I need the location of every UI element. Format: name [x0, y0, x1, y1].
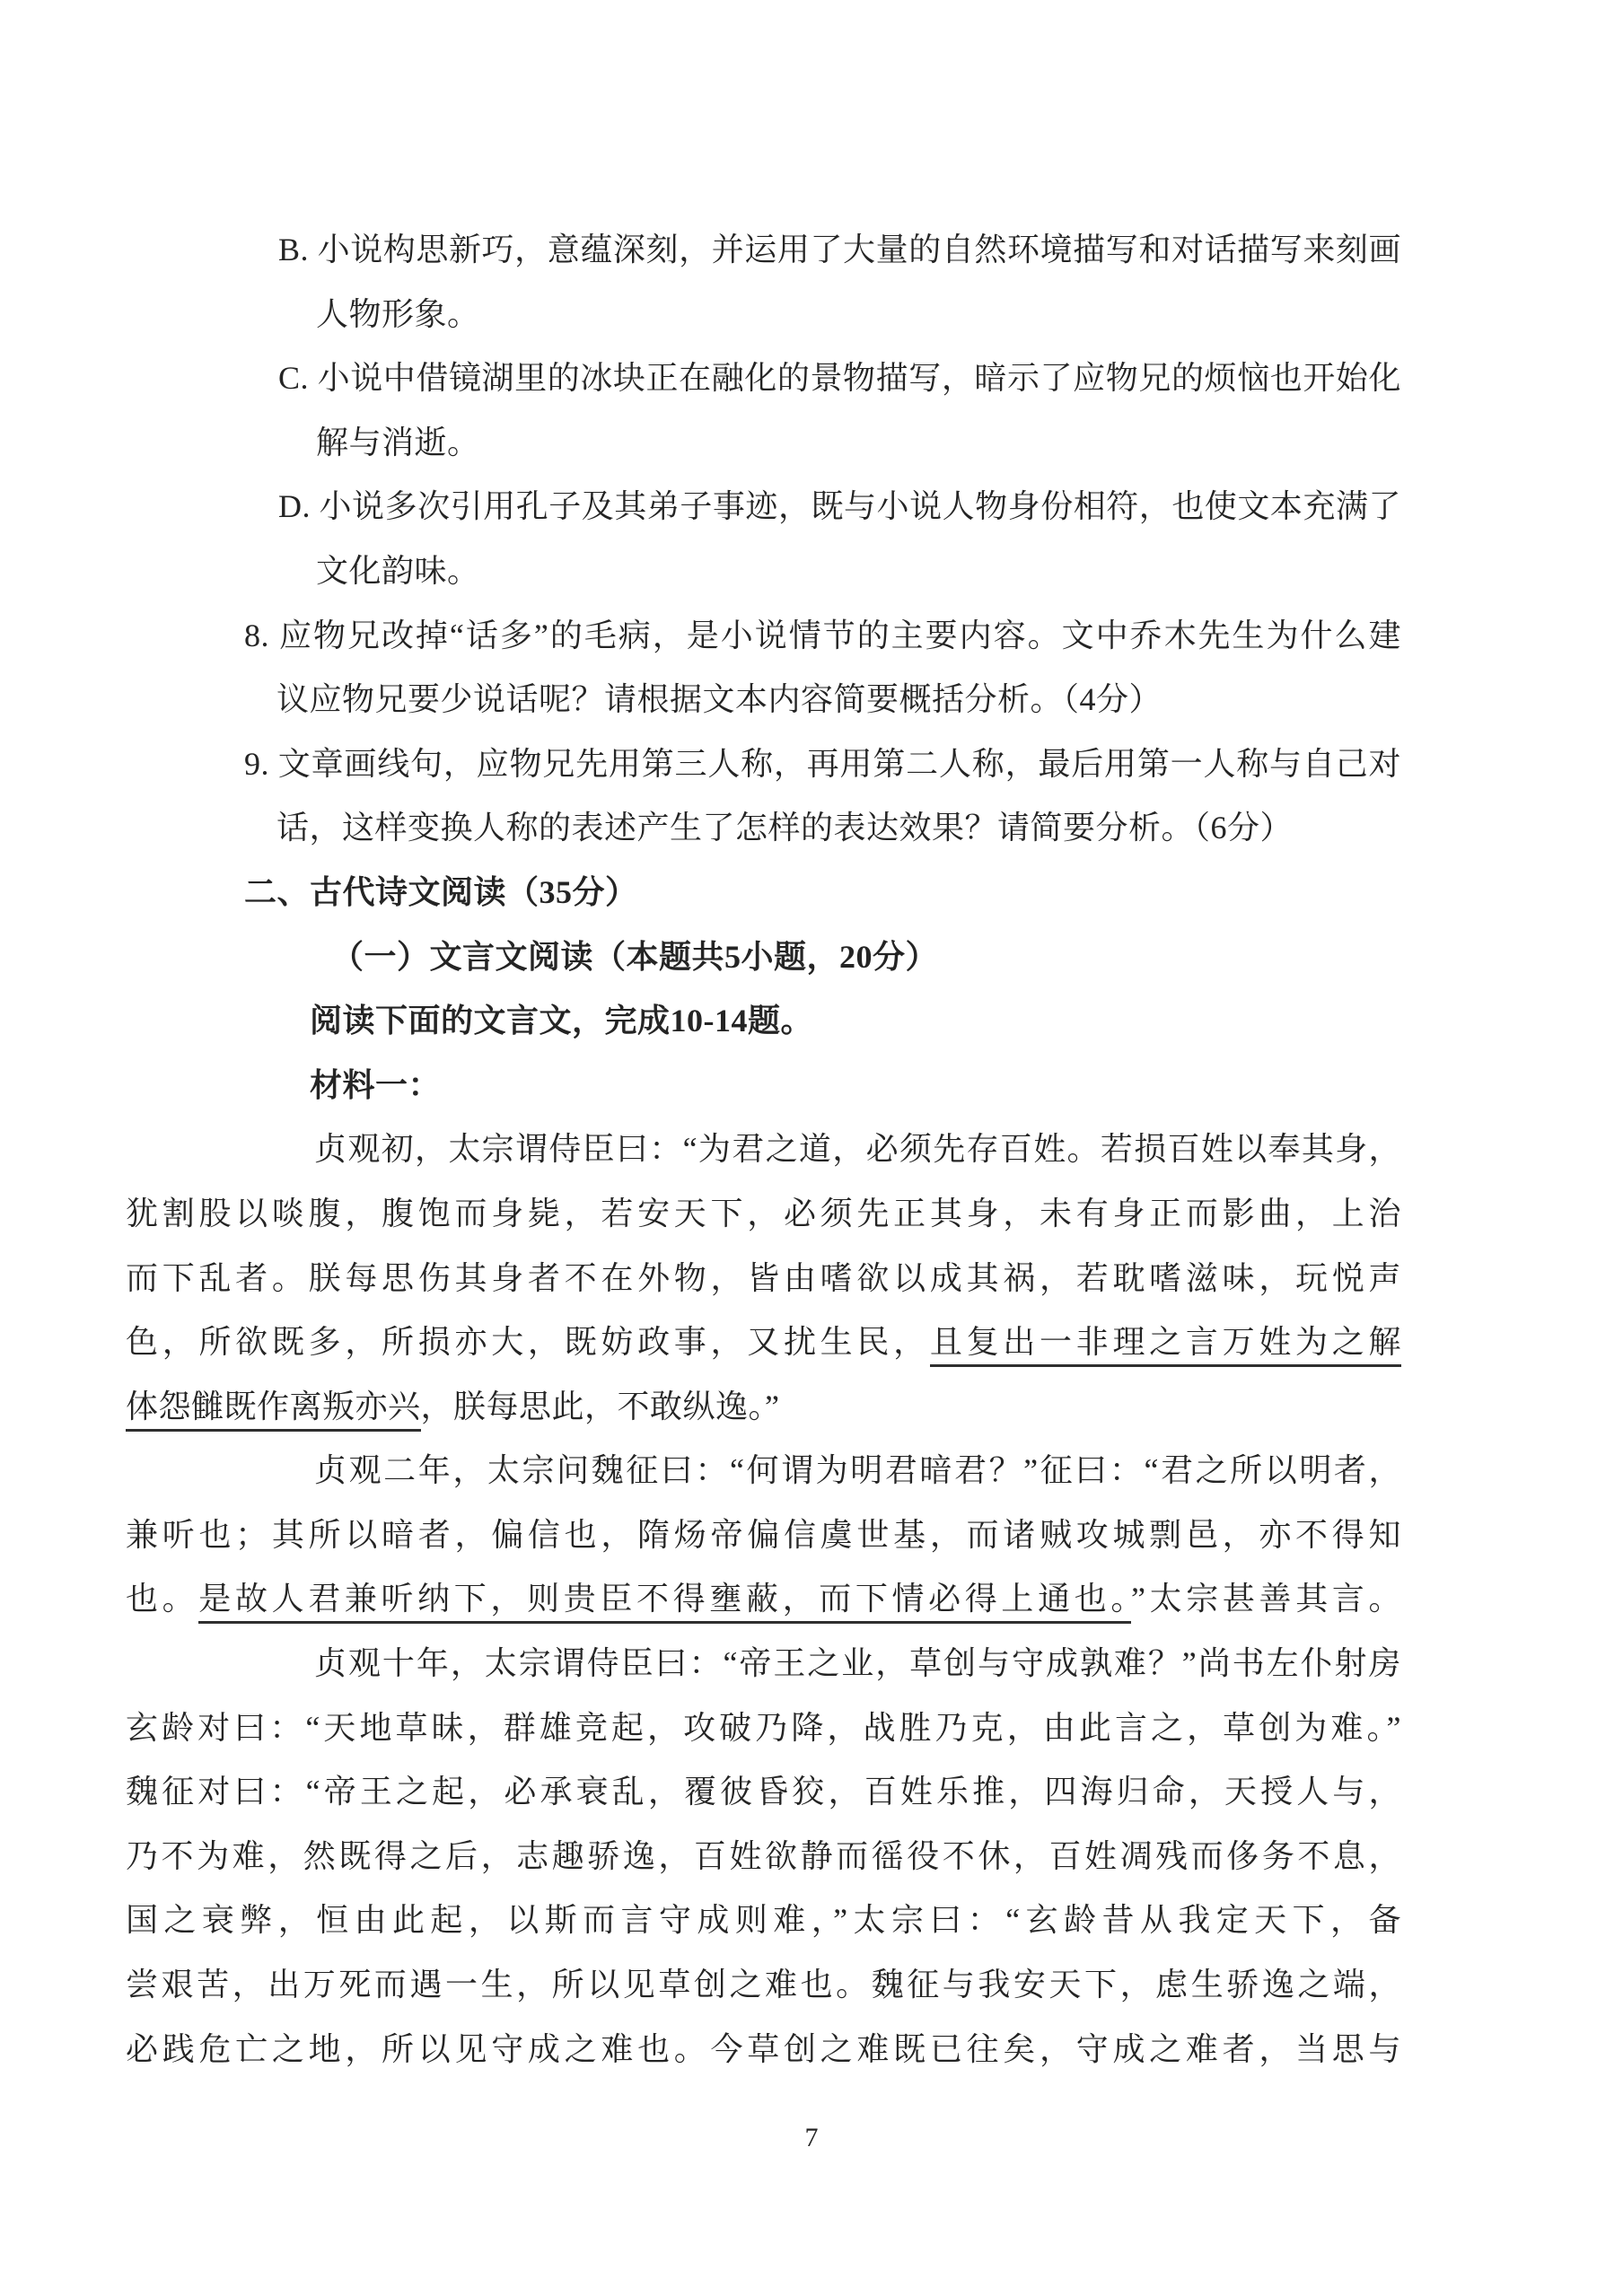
- text-segment: 必践危亡之地，所以见守成之难也。今草创之难既已往矣，守成之难者，当思与: [126, 2031, 1401, 2067]
- subsection-heading: （一）文言文阅读（本题共5小题，20分）: [126, 925, 1401, 990]
- option-b-line-2: 人物形象。: [126, 283, 1401, 347]
- text-segment: C. 小说中借镜湖里的冰块正在融化的景物描写，暗示了应物兄的烦恼也开始化: [278, 360, 1401, 396]
- text-segment: 贞观十年，太宗谓侍臣曰：“帝王之业，草创与守成孰难？”尚书左仆射房: [314, 1645, 1401, 1681]
- text-segment: 而下乱者。朕每思伤其身者不在外物，皆由嗜欲以成其祸，若耽嗜滋味，玩悦声: [126, 1260, 1401, 1296]
- document-page: B. 小说构思新巧，意蕴深刻，并运用了大量的自然环境描写和对话描写来刻画人物形象…: [0, 0, 1623, 2296]
- question-9-line-2: 话，这样变换人称的表述产生了怎样的表达效果？请简要分析。（6分）: [126, 796, 1401, 861]
- text-segment: 兼听也；其所以暗者，偏信也，隋炀帝偏信虞世基，而诸贼攻城剽邑，亦不得知: [126, 1517, 1401, 1553]
- passage-2-line-3: 也。是故人君兼听纳下，则贵臣不得壅蔽，而下情必得上通也。”太宗甚善其言。: [126, 1567, 1401, 1632]
- text-segment: 犹割股以啖腹，腹饱而身毙，若安天下，必须先正其身，未有身正而影曲，上治: [126, 1196, 1401, 1231]
- passage-1-line-2: 犹割股以啖腹，腹饱而身毙，若安天下，必须先正其身，未有身正而影曲，上治: [126, 1182, 1401, 1247]
- text-segment: （一）文言文阅读（本题共5小题，20分）: [331, 939, 938, 975]
- passage-2-line-2: 兼听也；其所以暗者，偏信也，隋炀帝偏信虞世基，而诸贼攻城剽邑，亦不得知: [126, 1503, 1401, 1568]
- text-segment: 解与消逝。: [316, 425, 480, 460]
- text-segment: 阅读下面的文言文，完成10-14题。: [310, 1003, 813, 1038]
- text-segment: D. 小说多次引用孔子及其弟子事迹，既与小说人物身份相符，也使文本充满了: [278, 488, 1401, 524]
- text-segment: 9. 文章画线句，应物兄先用第三人称，再用第二人称，最后用第一人称与自己对: [244, 746, 1401, 782]
- passage-3-line-4: 乃不为难，然既得之后，志趣骄逸，百姓欲静而徭役不休，百姓凋残而侈务不息，: [126, 1825, 1401, 1889]
- text-segment: 也。: [126, 1581, 198, 1617]
- passage-1-line-5: 体怨雠既作离叛亦兴，朕每思此，不敢纵逸。”: [126, 1375, 1401, 1440]
- text-segment: 8. 应物兄改掉“话多”的毛病，是小说情节的主要内容。文中乔木先生为什么建: [244, 618, 1401, 653]
- text-segment: 话，这样变换人称的表述产生了怎样的表达效果？请简要分析。（6分）: [276, 810, 1293, 846]
- underlined-segment: 是故人君兼听纳下，则贵臣不得壅蔽，而下情必得上通也。: [198, 1581, 1131, 1624]
- passage-1-line-1: 贞观初，太宗谓侍臣曰：“为君之道，必须先存百姓。若损百姓以奉其身，: [126, 1117, 1401, 1182]
- text-segment: 魏征对曰：“帝王之起，必承衰乱，覆彼昏狡，百姓乐推，四海归命，天授人与，: [126, 1774, 1401, 1810]
- underlined-segment: 体怨雠既作离叛亦兴: [126, 1389, 421, 1432]
- text-segment: 贞观二年，太宗问魏征曰：“何谓为明君暗君？”征曰：“君之所以明者，: [314, 1452, 1401, 1488]
- question-9-line-1: 9. 文章画线句，应物兄先用第三人称，再用第二人称，最后用第一人称与自己对: [126, 732, 1401, 797]
- passage-2-line-1: 贞观二年，太宗问魏征曰：“何谓为明君暗君？”征曰：“君之所以明者，: [126, 1439, 1401, 1503]
- option-b-line-1: B. 小说构思新巧，意蕴深刻，并运用了大量的自然环境描写和对话描写来刻画: [126, 218, 1401, 283]
- passage-3-line-7: 必践危亡之地，所以见守成之难也。今草创之难既已往矣，守成之难者，当思与: [126, 2018, 1401, 2082]
- text-segment: 尝艰苦，出万死而遇一生，所以见草创之难也。魏征与我安天下，虑生骄逸之端，: [126, 1967, 1401, 2002]
- option-c-line-2: 解与消逝。: [126, 411, 1401, 476]
- underlined-segment: 且复出一非理之言万姓为之解: [930, 1324, 1401, 1367]
- text-segment: 贞观初，太宗谓侍臣曰：“为君之道，必须先存百姓。若损百姓以奉其身，: [314, 1131, 1401, 1167]
- option-c-line-1: C. 小说中借镜湖里的冰块正在融化的景物描写，暗示了应物兄的烦恼也开始化: [126, 346, 1401, 411]
- text-segment: 玄龄对曰：“天地草昧，群雄竞起，攻破乃降，战胜乃克，由此言之，草创为难。”: [126, 1710, 1401, 1746]
- section-heading: 二、古代诗文阅读（35分）: [126, 861, 1401, 925]
- text-block: B. 小说构思新巧，意蕴深刻，并运用了大量的自然环境描写和对话描写来刻画人物形象…: [126, 218, 1401, 2081]
- option-d-line-2: 文化韵味。: [126, 539, 1401, 604]
- text-segment: 材料一：: [310, 1067, 441, 1103]
- passage-3-line-1: 贞观十年，太宗谓侍臣曰：“帝王之业，草创与守成孰难？”尚书左仆射房: [126, 1632, 1401, 1696]
- text-segment: 国之衰弊，恒由此起，以斯而言守成则难，”太宗曰：“玄龄昔从我定天下，备: [126, 1902, 1401, 1938]
- text-segment: ，朕每思此，不敢纵逸。”: [421, 1389, 780, 1424]
- text-segment: 议应物兄要少说话呢？请根据文本内容简要概括分析。（4分）: [276, 681, 1162, 717]
- passage-3-line-2: 玄龄对曰：“天地草昧，群雄竞起，攻破乃降，战胜乃克，由此言之，草创为难。”: [126, 1696, 1401, 1761]
- text-segment: 二、古代诗文阅读（35分）: [244, 874, 638, 910]
- page-number: 7: [0, 2120, 1623, 2156]
- text-segment: B. 小说构思新巧，意蕴深刻，并运用了大量的自然环境描写和对话描写来刻画: [278, 232, 1401, 267]
- material-heading: 材料一：: [126, 1054, 1401, 1118]
- text-segment: 人物形象。: [316, 296, 480, 332]
- passage-1-line-3: 而下乱者。朕每思伤其身者不在外物，皆由嗜欲以成其祸，若耽嗜滋味，玩悦声: [126, 1247, 1401, 1311]
- passage-3-line-6: 尝艰苦，出万死而遇一生，所以见草创之难也。魏征与我安天下，虑生骄逸之端，: [126, 1953, 1401, 2018]
- text-segment: 乃不为难，然既得之后，志趣骄逸，百姓欲静而徭役不休，百姓凋残而侈务不息，: [126, 1838, 1401, 1874]
- text-segment: 文化韵味。: [316, 553, 480, 589]
- question-8-line-1: 8. 应物兄改掉“话多”的毛病，是小说情节的主要内容。文中乔木先生为什么建: [126, 604, 1401, 669]
- passage-1-line-4: 色，所欲既多，所损亦大，既妨政事，又扰生民，且复出一非理之言万姓为之解: [126, 1310, 1401, 1375]
- passage-3-line-5: 国之衰弊，恒由此起，以斯而言守成则难，”太宗曰：“玄龄昔从我定天下，备: [126, 1889, 1401, 1953]
- text-segment: ”太宗甚善其言。: [1131, 1581, 1401, 1617]
- passage-3-line-3: 魏征对曰：“帝王之起，必承衰乱，覆彼昏狡，百姓乐推，四海归命，天授人与，: [126, 1760, 1401, 1825]
- question-8-line-2: 议应物兄要少说话呢？请根据文本内容简要概括分析。（4分）: [126, 668, 1401, 732]
- instruction-line: 阅读下面的文言文，完成10-14题。: [126, 989, 1401, 1054]
- option-d-line-1: D. 小说多次引用孔子及其弟子事迹，既与小说人物身份相符，也使文本充满了: [126, 475, 1401, 539]
- text-segment: 色，所欲既多，所损亦大，既妨政事，又扰生民，: [126, 1324, 930, 1360]
